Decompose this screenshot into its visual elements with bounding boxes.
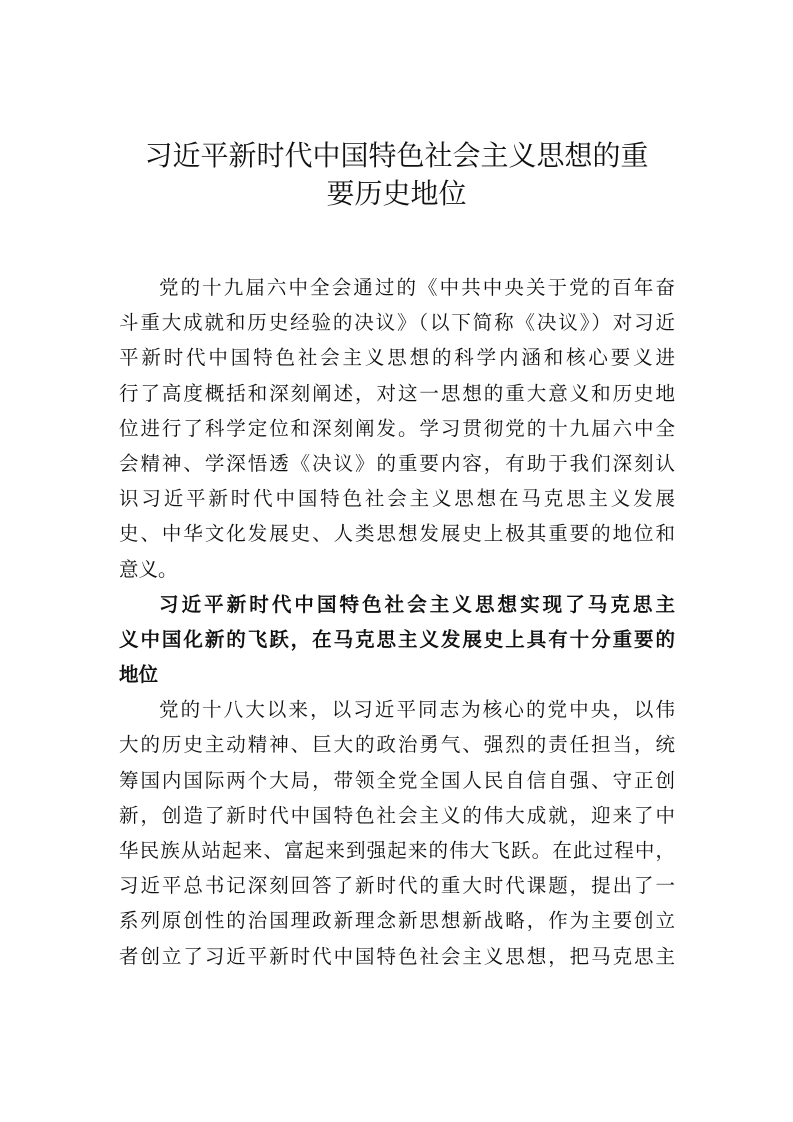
text-line: 筹国内国际两个大局，带领全党全国人民自信自强、守正创 — [119, 763, 675, 798]
title-line-1: 习近平新时代中国特色社会主义思想的重 — [110, 137, 683, 175]
document-page: 习近平新时代中国特色社会主义思想的重 要历史地位 党的十九届六中全会通过的《中共… — [0, 0, 793, 1122]
text-line: 史、中华文化发展史、人类思想发展史上极其重要的地位和 — [119, 516, 675, 551]
text-line: 行了高度概括和深刻阐述，对这一思想的重大意义和历史地 — [119, 376, 675, 411]
text-line: 党的十九届六中全会通过的《中共中央关于党的百年奋 — [119, 270, 675, 305]
text-line: 意义。 — [119, 552, 675, 587]
text-line: 新，创造了新时代中国特色社会主义的伟大成就，迎来了中 — [119, 798, 675, 833]
text-line: 斗重大成就和历史经验的决议》（以下简称《决议》）对习近 — [119, 305, 675, 340]
text-line: 位进行了科学定位和深刻阐发。学习贯彻党的十九届六中全 — [119, 411, 675, 446]
section-heading: 习近平新时代中国特色社会主义思想实现了马克思主 义中国化新的飞跃，在马克思主义发… — [119, 587, 675, 693]
text-line: 华民族从站起来、富起来到强起来的伟大飞跃。在此过程中， — [119, 833, 675, 868]
heading-line: 习近平新时代中国特色社会主义思想实现了马克思主 — [119, 587, 675, 622]
text-line: 者创立了习近平新时代中国特色社会主义思想，把马克思主 — [119, 939, 675, 974]
text-line: 会精神、学深悟透《决议》的重要内容，有助于我们深刻认 — [119, 446, 675, 481]
title-line-2: 要历史地位 — [110, 175, 683, 213]
document-title: 习近平新时代中国特色社会主义思想的重 要历史地位 — [110, 137, 683, 213]
intro-paragraph: 党的十九届六中全会通过的《中共中央关于党的百年奋 斗重大成就和历史经验的决议》（… — [119, 270, 675, 587]
text-line: 习近平总书记深刻回答了新时代的重大时代课题，提出了一 — [119, 868, 675, 903]
text-line: 识习近平新时代中国特色社会主义思想在马克思主义发展 — [119, 481, 675, 516]
heading-line: 地位 — [119, 657, 675, 692]
body-paragraph: 党的十八大以来，以习近平同志为核心的党中央，以伟 大的历史主动精神、巨大的政治勇… — [119, 692, 675, 974]
text-line: 平新时代中国特色社会主义思想的科学内涵和核心要义进 — [119, 340, 675, 375]
text-line: 大的历史主动精神、巨大的政治勇气、强烈的责任担当，统 — [119, 727, 675, 762]
text-line: 系列原创性的治国理政新理念新思想新战略，作为主要创立 — [119, 903, 675, 938]
heading-line: 义中国化新的飞跃，在马克思主义发展史上具有十分重要的 — [119, 622, 675, 657]
text-line: 党的十八大以来，以习近平同志为核心的党中央，以伟 — [119, 692, 675, 727]
document-body: 党的十九届六中全会通过的《中共中央关于党的百年奋 斗重大成就和历史经验的决议》（… — [119, 270, 675, 974]
